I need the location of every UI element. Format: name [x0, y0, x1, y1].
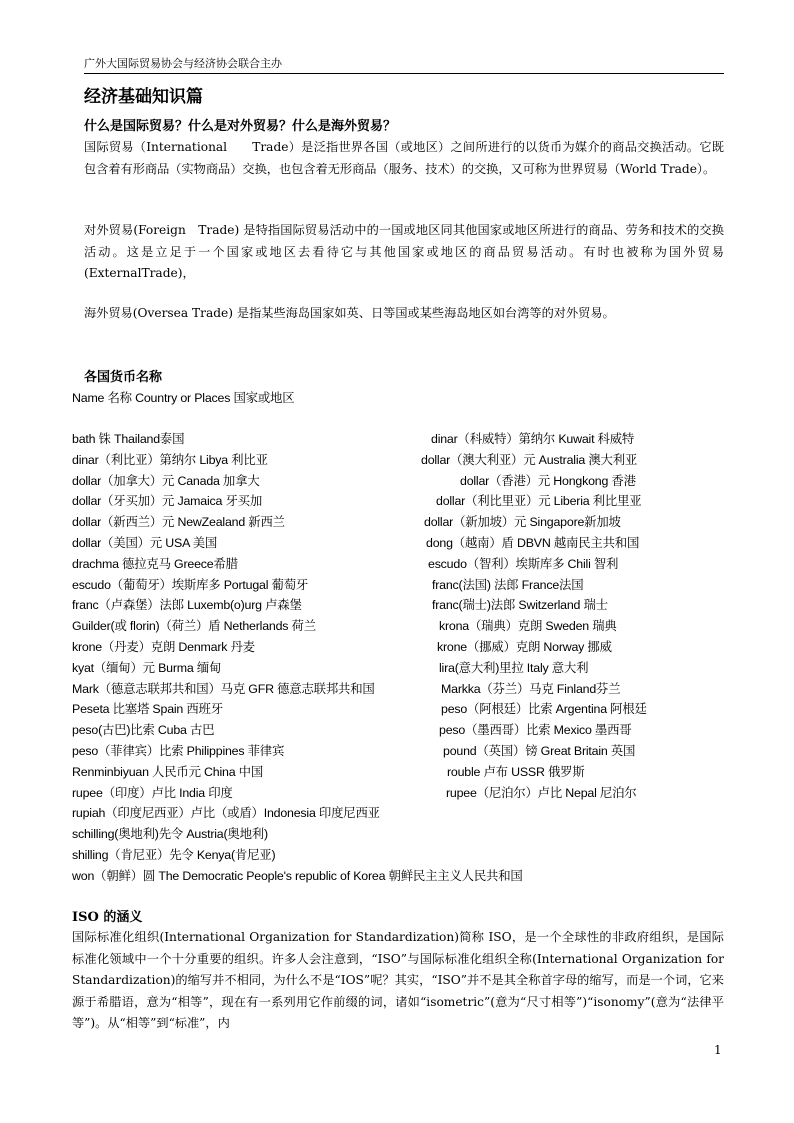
currency-left-15: peso（菲律宾）比索 Philippines 菲律宾: [72, 743, 284, 759]
section-heading-trade: 什么是国际贸易？什么是对外贸易？什么是海外贸易？: [84, 118, 396, 136]
currency-left-18: rupiah（印度尼西亚）卢比（或盾）Indonesia 印度尼西亚: [72, 805, 380, 821]
currency-right-17: rupee（尼泊尔）卢比 Nepal 尼泊尔: [446, 785, 636, 801]
currency-column-header: Name 名称 Country or Places 国家或地区: [72, 390, 294, 406]
page-number: 1: [714, 1043, 722, 1057]
currency-right-8: franc(瑞士)法郎 Switzerland 瑞士: [432, 597, 608, 613]
currency-left-14: peso(古巴)比索 Cuba 古巴: [72, 722, 214, 738]
currency-left-7: escudo（葡萄牙）埃斯库多 Portugal 葡萄牙: [72, 577, 308, 593]
currency-left-13: Peseta 比塞塔 Spain 西班牙: [72, 701, 223, 717]
currency-right-15: pound（英国）镑 Great Britain 英国: [443, 743, 635, 759]
currency-left-3: dollar（牙买加）元 Jamaica 牙买加: [72, 493, 262, 509]
currency-left-0: bath 铢 Thailand泰国: [72, 431, 184, 447]
currency-right-6: escudo（智利）埃斯库多 Chili 智利: [428, 556, 618, 572]
currency-right-12: Markka（芬兰）马克 Finland芬兰: [441, 681, 620, 697]
currency-left-19: schilling(奥地利)先令 Austria(奥地利): [72, 826, 268, 842]
currency-left-4: dollar（新西兰）元 NewZealand 新西兰: [72, 514, 285, 530]
currency-right-13: peso（阿根廷）比索 Argentina 阿根廷: [441, 701, 647, 717]
currency-right-7: franc(法国) 法郎 France法国: [432, 577, 583, 593]
currency-left-16: Renminbiyuan 人民币元 China 中国: [72, 764, 263, 780]
paragraph-iso: 国际标准化组织(International Organization for S…: [72, 927, 724, 1035]
currency-left-6: drachma 德拉克马 Greece希腊: [72, 556, 238, 572]
currency-right-5: dong（越南）盾 DBVN 越南民主共和国: [426, 535, 639, 551]
currency-right-10: krone（挪威）克朗 Norway 挪威: [437, 639, 612, 655]
currency-right-14: peso（墨西哥）比索 Mexico 墨西哥: [439, 722, 632, 738]
currency-right-9: krona（瑞典）克朗 Sweden 瑞典: [439, 618, 617, 634]
currency-left-1: dinar（利比亚）第纳尔 Libya 利比亚: [72, 452, 268, 468]
paragraph-foreign-trade: 对外贸易(Foreign Trade) 是特指国际贸易活动中的一国或地区同其他国…: [84, 220, 724, 285]
paragraph-oversea-trade: 海外贸易(Oversea Trade) 是指某些海岛国家如英、日等国或某些海岛地…: [84, 303, 724, 325]
currency-right-11: lira(意大利)里拉 Italy 意大利: [439, 660, 588, 676]
currency-left-21: won（朝鲜）圆 The Democratic People's republi…: [72, 868, 523, 884]
currency-left-20: shilling（肯尼亚）先令 Kenya(肯尼亚): [72, 847, 275, 863]
currency-left-12: Mark（德意志联邦共和国）马克 GFR 德意志联邦共和国: [72, 681, 375, 697]
currency-right-2: dollar（香港）元 Hongkong 香港: [460, 473, 636, 489]
currency-right-1: dollar（澳大利亚）元 Australia 澳大利亚: [421, 452, 637, 468]
currency-left-2: dollar（加拿大）元 Canada 加拿大: [72, 473, 260, 489]
currency-left-8: franc（卢森堡）法郎 Luxemb(o)urg 卢森堡: [72, 597, 302, 613]
currency-left-10: krone（丹麦）克朗 Denmark 丹麦: [72, 639, 255, 655]
page-header: 广外大国际贸易协会与经济协会联合主办: [84, 57, 724, 74]
paragraph-international-trade: 国际贸易（International Trade）是泛指世界各国（或地区）之间所…: [84, 137, 724, 180]
section-heading-currency: 各国货币名称: [84, 369, 162, 387]
currency-right-3: dollar（利比里亚）元 Liberia 利比里亚: [436, 493, 641, 509]
page-title: 经济基础知识篇: [84, 86, 203, 108]
currency-left-11: kyat（缅甸）元 Burma 缅甸: [72, 660, 221, 676]
currency-left-5: dollar（美国）元 USA 美国: [72, 535, 217, 551]
section-heading-iso: ISO 的涵义: [72, 909, 142, 927]
currency-right-16: rouble 卢布 USSR 俄罗斯: [447, 764, 585, 780]
currency-right-0: dinar（科威特）第纳尔 Kuwait 科威特: [431, 431, 634, 447]
currency-left-17: rupee（印度）卢比 India 印度: [72, 785, 233, 801]
currency-left-9: Guilder(或 florin)（荷兰）盾 Netherlands 荷兰: [72, 618, 316, 634]
currency-right-4: dollar（新加坡）元 Singapore新加坡: [424, 514, 621, 530]
